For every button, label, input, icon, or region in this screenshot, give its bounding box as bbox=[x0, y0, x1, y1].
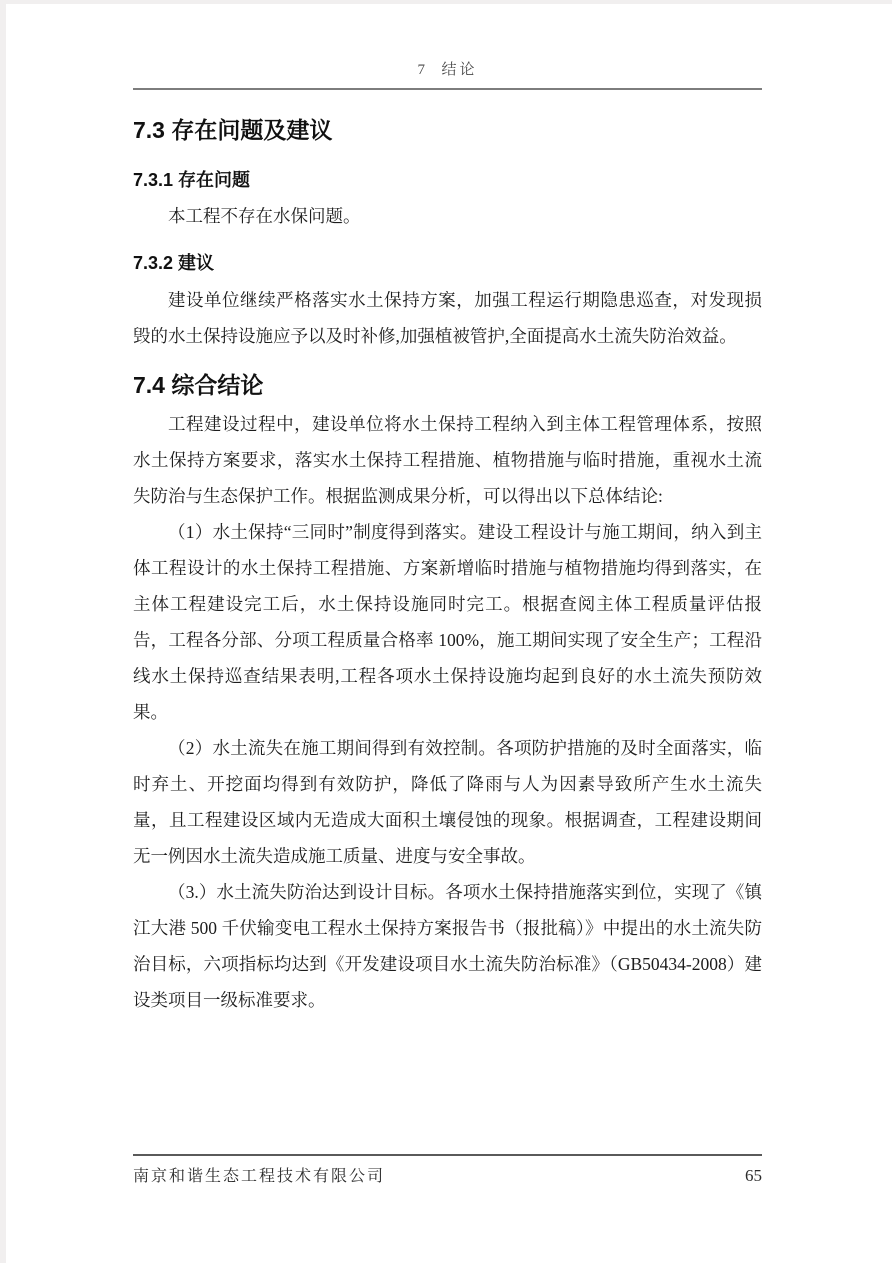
paragraph-7-3-2: 建设单位继续严格落实水土保持方案，加强工程运行期隐患巡查，对发现损毁的水土保持设… bbox=[133, 282, 762, 354]
paragraph-7-3-1: 本工程不存在水保问题。 bbox=[133, 198, 762, 234]
paragraph-7-4-conclusion-2: （2）水土流失在施工期间得到有效控制。各项防护措施的及时全面落实，临时弃土、开挖… bbox=[133, 730, 762, 874]
heading-7-3-2: 7.3.2 建议 bbox=[133, 253, 762, 275]
paragraph-7-4-conclusion-1: （1）水土保持“三同时”制度得到落实。建设工程设计与施工期间，纳入到主体工程设计… bbox=[133, 514, 762, 730]
page-content: 7 结论 7.3 存在问题及建议 7.3.1 存在问题 本工程不存在水保问题。 … bbox=[133, 58, 762, 1018]
document-page: 7 结论 7.3 存在问题及建议 7.3.1 存在问题 本工程不存在水保问题。 … bbox=[0, 0, 892, 1263]
heading-7-3: 7.3 存在问题及建议 bbox=[133, 117, 762, 145]
footer-page-number: 65 bbox=[745, 1166, 762, 1186]
page-footer: 南京和谐生态工程技术有限公司 65 bbox=[133, 1154, 762, 1186]
heading-7-4: 7.4 综合结论 bbox=[133, 372, 762, 400]
paragraph-7-4-conclusion-3: （3.）水土流失防治达到设计目标。各项水土保持措施落实到位，实现了《镇江大港 5… bbox=[133, 874, 762, 1018]
paragraph-7-4-intro: 工程建设过程中，建设单位将水土保持工程纳入到主体工程管理体系，按照水土保持方案要… bbox=[133, 406, 762, 514]
heading-7-3-1: 7.3.1 存在问题 bbox=[133, 170, 762, 192]
running-header-chapter: 7 结论 bbox=[133, 58, 762, 90]
footer-company-name: 南京和谐生态工程技术有限公司 bbox=[133, 1163, 385, 1186]
